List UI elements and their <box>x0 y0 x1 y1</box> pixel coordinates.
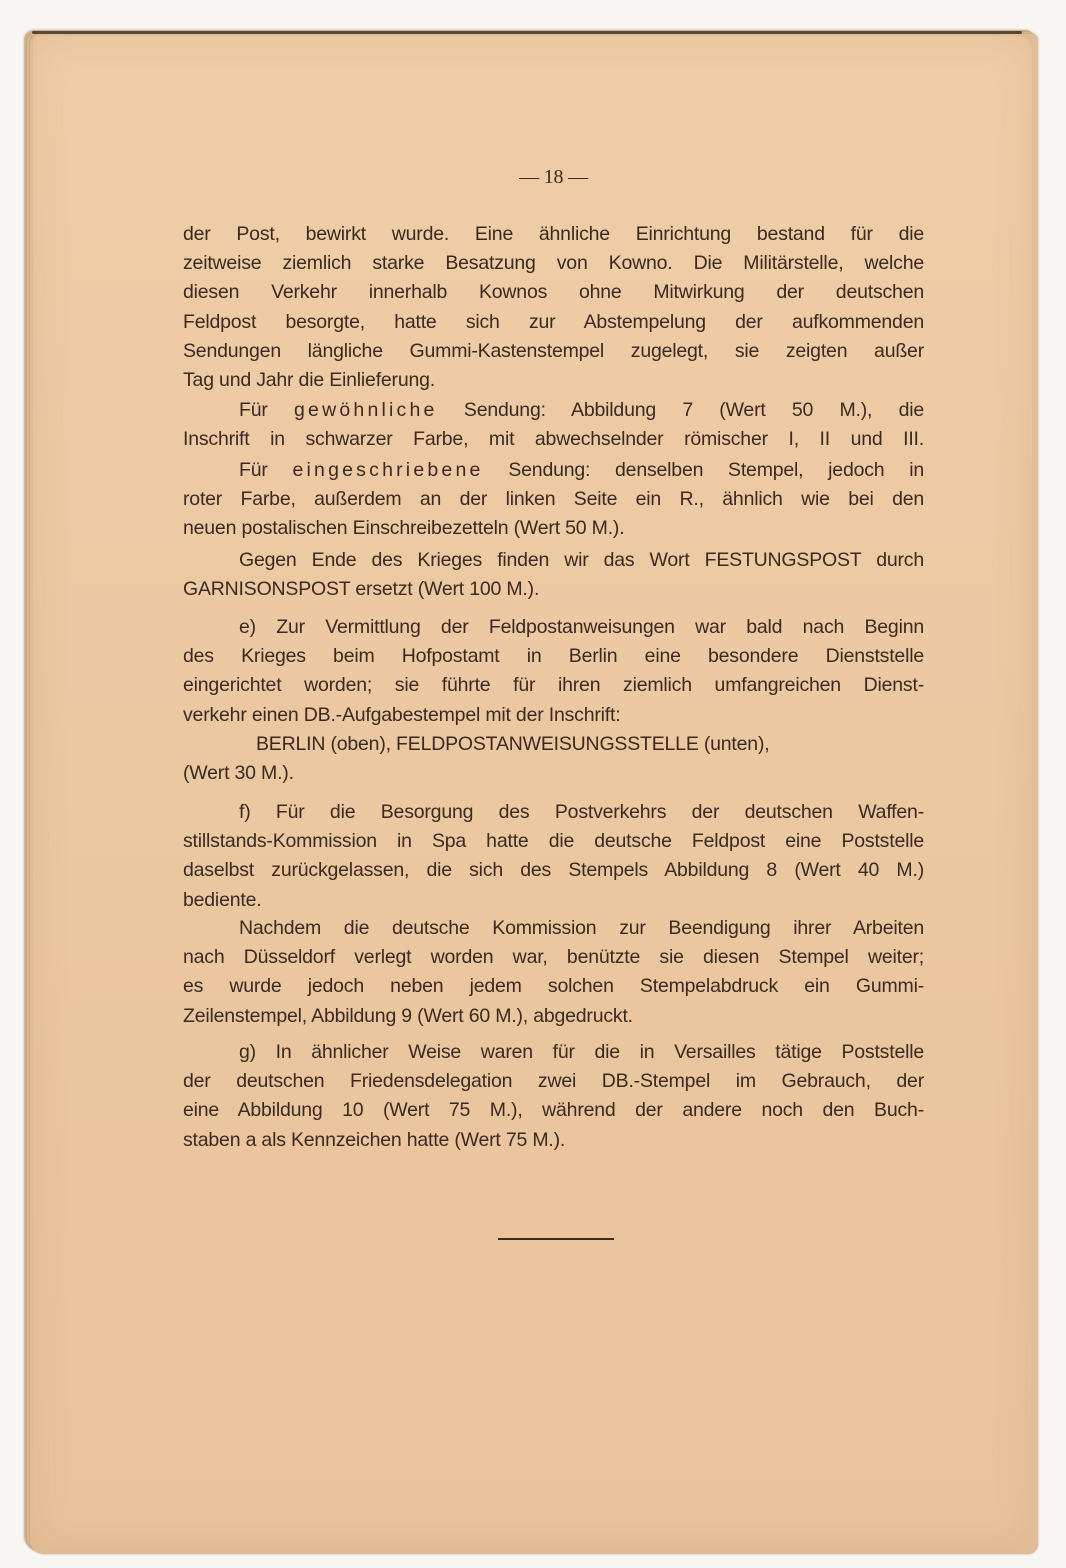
text-line: staben a als Kennzeichen hatte (Wert 75 … <box>183 1126 924 1155</box>
paragraph-8: g) In ähnlicher Weise waren für die in V… <box>183 1038 924 1155</box>
paragraph-7: Nachdem die deutsche Kommission zur Been… <box>183 914 924 1031</box>
text-line: Für eingeschriebene Sendung: denselben S… <box>183 456 924 485</box>
text-line: Feldpost besorgte, hatte sich zur Abstem… <box>183 308 924 337</box>
text-line: Für gewöhnliche Sendung: Abbildung 7 (We… <box>183 396 924 425</box>
text-line: GARNISONSPOST ersetzt (Wert 100 M.). <box>183 575 924 604</box>
lead-word: Für <box>239 399 268 421</box>
paragraph-6: f) Für die Besorgung des Postverkehrs de… <box>183 798 924 915</box>
text-line: eingerichtet worden; sie führte für ihre… <box>183 671 924 700</box>
text-line: eine Abbildung 10 (Wert 75 M.), während … <box>183 1096 924 1125</box>
text-line: Tag und Jahr die Einlieferung. <box>183 366 924 395</box>
text-line: der deutschen Friedensdelegation zwei DB… <box>183 1067 924 1096</box>
text-line: e) Zur Vermittlung der Feldpostanweisung… <box>183 613 924 642</box>
text-line: daselbst zurückgelassen, die sich des St… <box>183 856 924 885</box>
text-line: des Krieges beim Hofpostamt in Berlin ei… <box>183 642 924 671</box>
text-line: neuen postalischen Einschreibezetteln (W… <box>183 514 924 543</box>
paragraph-5: e) Zur Vermittlung der Feldpostanweisung… <box>183 613 924 788</box>
text-line: zeitweise ziemlich starke Besatzung von … <box>183 249 924 278</box>
text-line: Inschrift in schwarzer Farbe, mit abwech… <box>183 425 924 454</box>
text-line: es wurde jedoch neben jedem solchen Stem… <box>183 972 924 1001</box>
text-line: stillstands-Kommission in Spa hatte die … <box>183 827 924 856</box>
text-line: Zeilenstempel, Abbildung 9 (Wert 60 M.),… <box>183 1002 924 1031</box>
text-line: der Post, bewirkt wurde. Eine ähnliche E… <box>183 220 924 249</box>
text-line: f) Für die Besorgung des Postverkehrs de… <box>183 798 924 827</box>
spaced-emphasis: eingeschriebene <box>292 459 483 481</box>
paragraph-1: der Post, bewirkt wurde. Eine ähnliche E… <box>183 220 924 395</box>
text-line: Sendungen längliche Gummi-Kastenstempel … <box>183 337 924 366</box>
line-rest: Sendung: denselben Stempel, jedoch in <box>484 459 924 481</box>
text-line: roter Farbe, außerdem an der linken Seit… <box>183 485 924 514</box>
paragraph-3: Für eingeschriebene Sendung: denselben S… <box>183 456 924 544</box>
text-line: Gegen Ende des Krieges finden wir das Wo… <box>183 546 924 575</box>
scanned-page: — 18 — der Post, bewirkt wurde. Eine ähn… <box>0 0 1066 1568</box>
paragraph-2: Für gewöhnliche Sendung: Abbildung 7 (We… <box>183 396 924 454</box>
paragraph-4: Gegen Ende des Krieges finden wir das Wo… <box>183 546 924 604</box>
text-line: nach Düsseldorf verlegt worden war, benü… <box>183 943 924 972</box>
spaced-emphasis: gewöhnliche <box>294 399 438 421</box>
text-line: bediente. <box>183 886 924 915</box>
line-rest: Sendung: Abbildung 7 (Wert 50 M.), die <box>438 399 924 421</box>
end-separator-rule <box>498 1238 614 1240</box>
lead-word: Für <box>239 459 268 481</box>
page-number: — 18 — <box>183 166 924 189</box>
inscription-line: BERLIN (oben), FELDPOSTANWEISUNGSSTELLE … <box>183 730 924 759</box>
text-line: Nachdem die deutsche Kommission zur Been… <box>183 914 924 943</box>
text-line: (Wert 30 M.). <box>183 759 924 788</box>
cover-edge-line <box>32 31 1022 34</box>
text-line: diesen Verkehr innerhalb Kownos ohne Mit… <box>183 278 924 307</box>
text-line: g) In ähnlicher Weise waren für die in V… <box>183 1038 924 1067</box>
text-line: verkehr einen DB.-Aufgabestempel mit der… <box>183 701 924 730</box>
